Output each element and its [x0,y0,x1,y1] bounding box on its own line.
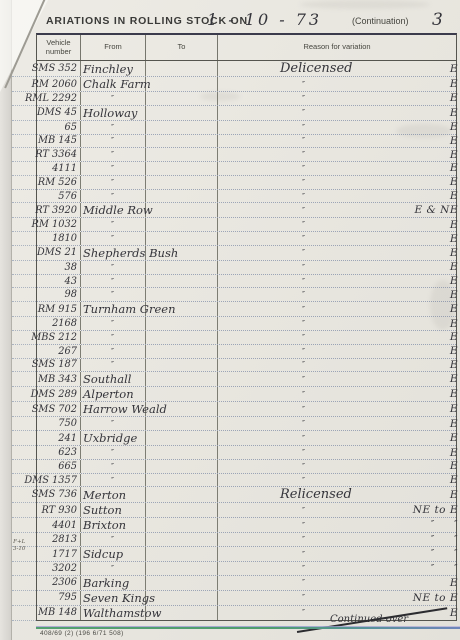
reason-text: ″ [302,263,305,272]
reason-text: ″ [302,94,305,103]
table-body: SMS 352 Finchley Delicensed E RM 2060 Ch… [37,61,456,620]
reason-cell: ″ E [218,261,456,274]
table-row: 38 ″ ″ E [37,261,456,275]
reason-text: ″ [302,506,305,515]
vehicle-number-cell: DMS 1357 [37,474,81,487]
table-row: RML 2292 ″ ″ E [37,92,456,106]
from-cell: Harrow Weald [81,402,146,416]
status-mark: E [450,261,458,274]
to-cell [146,487,218,502]
status-mark: E [450,345,458,358]
from-cell: Sidcup [81,547,146,561]
status-mark: E [450,359,458,372]
table-row: 1717 Sidcup ″ ″ ″ [37,547,456,562]
column-header-from: From [81,35,146,60]
from-cell: ″ [81,317,146,330]
from-cell: ″ [81,176,146,189]
status-mark: E [450,431,458,445]
reason-text: ″ [302,448,305,457]
reason-text: ″ [302,192,305,201]
reason-cell: ″ NE to E [218,591,456,605]
form-reference: 408/69 (2) (196 6/71 508) [40,630,124,637]
table-row: 1810 ″ ″ E [37,232,456,246]
vehicle-number-cell: 4401 [37,518,81,532]
vehicle-number-cell: 4111 [37,162,81,175]
reason-text: ″ [302,234,305,243]
vehicle-number-cell: 3202 [37,562,81,575]
table-row: DMS 1357 ″ ″ E [37,474,456,488]
vehicle-number-cell: DMS 289 [37,387,81,401]
from-cell: ″ [81,261,146,274]
reason-cell: ″ E [218,190,456,203]
vehicle-number-cell: RT 930 [37,503,81,517]
table-row: 750 ″ ″ E [37,417,456,431]
to-cell [146,148,218,161]
reason-text: ″ [302,136,305,145]
reason-text: ″ [302,578,305,587]
vehicle-number-cell: DMS 45 [37,106,81,120]
vehicle-number-cell: 1810 [37,232,81,245]
reason-cell: ″ E [218,460,456,473]
table-row: 98 ″ ″ E [37,288,456,302]
reason-cell: ″ E [218,121,456,134]
from-cell: Barking [81,576,146,590]
reason-text: ″ [302,375,305,384]
reason-text: ″ [302,550,305,559]
reason-cell: ″ E [218,77,456,91]
reason-cell: ″ E [218,431,456,445]
to-cell [146,261,218,274]
reason-text: ″ [302,390,305,399]
table-header-row: Vehicle number From To Reason for variat… [37,35,456,61]
reason-text: ″ [302,434,305,443]
reason-text: ″ [302,608,305,617]
vehicle-number-cell: RM 915 [37,302,81,316]
reason-text: ″ [302,178,305,187]
reason-cell: ″ E [218,474,456,487]
to-cell [146,121,218,134]
table-row: 65 ″ ″ E [37,121,456,135]
from-cell: Walthamstow [81,606,146,620]
vehicle-number-cell: 795 [37,591,81,605]
table-row: RM 526 ″ ″ E [37,176,456,190]
to-cell [146,359,218,372]
table-row: MBS 212 ″ ″ E [37,331,456,345]
reason-cell: ″ E [218,372,456,386]
vehicle-number-cell: RML 2292 [37,92,81,105]
reason-cell: ″ E [218,135,456,148]
status-mark: E [450,121,458,134]
column-header-to: To [146,35,218,60]
vehicle-number-cell: SMS 702 [37,402,81,416]
reason-text: ″ [302,419,305,428]
table-row: RM 2060 Chalk Farm ″ E [37,77,456,92]
reason-text: ″ [302,277,305,286]
status-mark: E [450,246,458,260]
status-mark: E [450,92,458,105]
table-row: DMS 289 Alperton ″ E [37,387,456,402]
to-cell [146,218,218,231]
to-cell [146,518,218,532]
to-cell [146,190,218,203]
reason-text: ″ [302,476,305,485]
vehicle-number-cell: SMS 352 [37,61,81,76]
status-mark: E [450,372,458,386]
table-row: RM 1032 ″ ″ E [37,218,456,232]
status-mark: E [450,61,458,76]
vehicle-number-cell: MB 145 [37,135,81,148]
reason-cell: ″ E [218,148,456,161]
table-row: 43 ″ ″ E [37,275,456,289]
from-cell: Shepherds Bush [81,246,146,260]
table-row: DMS 45 Holloway ″ E [37,106,456,121]
continuation-label: (Continuation) [352,16,409,26]
table-row: RT 3920 Middle Row ″ E & NE [37,203,456,218]
to-cell [146,176,218,189]
to-cell [146,446,218,459]
vehicle-number-cell: 98 [37,288,81,301]
column-header-vehicle-number: Vehicle number [37,35,81,60]
vehicle-number-cell: 665 [37,460,81,473]
status-mark: E [450,417,458,430]
table-row: MB 343 Southall ″ E [37,372,456,387]
from-cell: Uxbridge [81,431,146,445]
reason-text: ″ [302,319,305,328]
reason-text: ″ [302,164,305,173]
table-row: 665 ″ ″ E [37,460,456,474]
reason-text: ″ [302,123,305,132]
vehicle-number-cell: 65 [37,121,81,134]
from-cell: ″ [81,359,146,372]
table-row: 4401 Brixton ″ ″ ″ [37,518,456,533]
vehicle-number-cell: MB 343 [37,372,81,386]
to-cell [146,106,218,120]
vehicle-number-cell: 43 [37,275,81,288]
status-mark: E [450,106,458,120]
table-row: 2306 Barking ″ E [37,576,456,591]
vehicle-number-cell: MBS 212 [37,331,81,344]
table-row: 2168 ″ ″ E [37,317,456,331]
reason-text: ″ [302,564,305,573]
from-cell: ″ [81,162,146,175]
from-cell: ″ [81,474,146,487]
vehicle-number-cell: DMS 21 [37,246,81,260]
vehicle-number-cell: MB 148 [37,606,81,620]
table-row: SMS 187 ″ ″ E [37,359,456,373]
reason-cell: ″ E [218,302,456,316]
reason-cell: ″ E [218,176,456,189]
reason-cell: ″ E [218,446,456,459]
table-row: 2813 ″ ″ ″ ″ [37,533,456,547]
to-cell [146,232,218,245]
from-cell: ″ [81,533,146,546]
vehicle-number-cell: 623 [37,446,81,459]
to-cell [146,317,218,330]
reason-text: ″ [302,405,305,414]
table-row: 267 ″ ″ E [37,345,456,359]
vehicle-number-cell: 1717 [37,547,81,561]
reason-cell: ″ E [218,359,456,372]
vehicle-number-cell: RM 526 [37,176,81,189]
table-row: SMS 736 Merton Relicensed E [37,487,456,503]
reason-cell: ″ E [218,402,456,416]
vehicle-number-cell: RM 2060 [37,77,81,91]
document-header: ARIATIONS IN ROLLING STOCK ON 1 - 10 - 7… [0,8,460,34]
status-mark: E [450,387,458,401]
to-cell [146,503,218,517]
status-mark: E [450,474,458,487]
reason-cell: ″ E [218,331,456,344]
reason-cell: ″ E [218,162,456,175]
from-cell: Turnham Green [81,302,146,316]
status-mark: E [450,148,458,161]
to-cell [146,417,218,430]
reason-cell: ″ E [218,576,456,590]
reason-cell: ″ ″ ″ [218,533,456,546]
status-mark: ″ ″ [431,547,458,561]
from-cell: Finchley [81,61,146,76]
from-cell: Middle Row [81,203,146,217]
table-row: SMS 352 Finchley Delicensed E [37,61,456,77]
table-row: SMS 702 Harrow Weald ″ E [37,402,456,417]
bottom-scan-line-green [36,627,460,629]
status-mark: E [450,576,458,590]
from-cell: Merton [81,487,146,502]
to-cell [146,460,218,473]
status-mark: E [450,487,458,502]
status-mark: E [450,176,458,189]
reason-text: ″ [302,360,305,369]
from-cell: ″ [81,460,146,473]
from-cell: ″ [81,135,146,148]
reason-cell: ″ E [218,218,456,231]
status-mark: ″ ″ [431,533,458,546]
reason-text: Delicensed [280,61,352,76]
status-mark: E [450,275,458,288]
table-row: RT 930 Sutton ″ NE to E [37,503,456,518]
from-cell: Seven Kings [81,591,146,605]
to-cell [146,61,218,76]
table-row: RT 3364 ″ ″ E [37,148,456,162]
reason-cell: ″ NE to E [218,503,456,517]
vehicle-number-cell: 576 [37,190,81,203]
scanned-document: ARIATIONS IN ROLLING STOCK ON 1 - 10 - 7… [0,0,460,640]
from-cell: Brixton [81,518,146,532]
reason-text: ″ [302,462,305,471]
column-header-reason: Reason for variation [218,35,456,60]
from-cell: ″ [81,121,146,134]
to-cell [146,387,218,401]
reason-cell: ″ E [218,232,456,245]
status-mark: NE to E [413,591,458,605]
to-cell [146,533,218,546]
table-row: 623 ″ ″ E [37,446,456,460]
status-mark: E [450,162,458,175]
status-mark: E [450,288,458,301]
from-cell: ″ [81,218,146,231]
table-row: 576 ″ ″ E [37,190,456,204]
reason-text: ″ [302,150,305,159]
page-number: 3 [432,10,443,30]
from-cell: Chalk Farm [81,77,146,91]
vehicle-number-cell: SMS 736 [37,487,81,502]
to-cell [146,576,218,590]
reason-text: ″ [302,305,305,314]
to-cell [146,591,218,605]
to-cell [146,92,218,105]
from-cell: ″ [81,92,146,105]
to-cell [146,474,218,487]
reason-text: ″ [302,290,305,299]
status-mark: E [450,135,458,148]
reason-cell: ″ E & NE [218,203,456,217]
to-cell [146,135,218,148]
from-cell: ″ [81,190,146,203]
from-cell: ″ [81,288,146,301]
status-mark: E [450,317,458,330]
table-row: MB 145 ″ ″ E [37,135,456,149]
status-mark: NE to E [413,503,458,517]
reason-text: ″ [302,535,305,544]
to-cell [146,77,218,91]
vehicle-number-cell: RT 3920 [37,203,81,217]
to-cell [146,345,218,358]
vehicle-number-cell: 2813 [37,533,81,546]
from-cell: Sutton [81,503,146,517]
reason-text: ″ [302,521,305,530]
status-mark: ″ ″ [431,562,458,575]
to-cell [146,562,218,575]
reason-cell: ″ E [218,387,456,401]
from-cell: ″ [81,275,146,288]
reason-text: ″ [302,206,305,215]
table-row: 795 Seven Kings ″ NE to E [37,591,456,606]
vehicle-number-cell: 38 [37,261,81,274]
status-mark: E & NE [414,203,458,217]
variation-date: 1 - 10 - 73 [207,10,322,29]
vehicle-number-cell: 750 [37,417,81,430]
reason-cell: ″ E [218,417,456,430]
reason-text: Relicensed [280,487,352,502]
status-mark: E [450,218,458,231]
paper-edge-line [11,0,12,640]
reason-cell: ″ E [218,345,456,358]
from-cell: Southall [81,372,146,386]
to-cell [146,288,218,301]
vehicle-number-cell: 2306 [37,576,81,590]
to-cell [146,431,218,445]
to-cell [146,203,218,217]
vehicle-number-cell: 267 [37,345,81,358]
reason-text: ″ [302,333,305,342]
vehicle-number-cell: SMS 187 [37,359,81,372]
to-cell [146,547,218,561]
reason-text: ″ [302,220,305,229]
to-cell [146,275,218,288]
status-mark: E [450,77,458,91]
status-mark: E [450,446,458,459]
status-mark: E [450,331,458,344]
reason-cell: ″ E [218,275,456,288]
from-cell: ″ [81,345,146,358]
reason-text: ″ [302,347,305,356]
from-cell: Holloway [81,106,146,120]
rolling-stock-table: Vehicle number From To Reason for variat… [36,33,457,621]
vehicle-number-cell: 241 [37,431,81,445]
status-mark: E [450,402,458,416]
vehicle-number-cell: RM 1032 [37,218,81,231]
vehicle-number-cell: 2168 [37,317,81,330]
status-mark: E [450,232,458,245]
from-cell: ″ [81,232,146,245]
from-cell: ″ [81,331,146,344]
reason-cell: ″ E [218,106,456,120]
reason-text: ″ [302,108,305,117]
table-row: 4111 ″ ″ E [37,162,456,176]
table-row: DMS 21 Shepherds Bush ″ E [37,246,456,261]
reason-cell: ″ ″ ″ [218,518,456,532]
reason-cell: ″ ″ ″ [218,547,456,561]
reason-cell: ″ E [218,288,456,301]
table-row: 3202 ″ ″ ″ ″ [37,562,456,576]
table-row: 241 Uxbridge ″ E [37,431,456,446]
to-cell [146,162,218,175]
table-row: RM 915 Turnham Green ″ E [37,302,456,317]
reason-text: ″ [302,248,305,257]
reason-text: ″ [302,80,305,89]
reason-cell: ″ E [218,246,456,260]
from-cell: ″ [81,446,146,459]
status-mark: ″ ″ [431,518,458,532]
margin-note: F+L3-10 [13,539,25,553]
to-cell [146,372,218,386]
status-mark: E [450,460,458,473]
status-mark: E [450,190,458,203]
reason-cell: ″ E [218,92,456,105]
reason-cell: ″ E [218,317,456,330]
vehicle-number-cell: RT 3364 [37,148,81,161]
reason-cell: Delicensed E [218,61,456,76]
from-cell: ″ [81,148,146,161]
to-cell [146,331,218,344]
from-cell: ″ [81,417,146,430]
status-mark: E [450,606,458,620]
from-cell: ″ [81,562,146,575]
reason-text: ″ [302,593,305,602]
from-cell: Alperton [81,387,146,401]
status-mark: E [450,302,458,316]
reason-cell: Relicensed E [218,487,456,502]
reason-cell: ″ ″ ″ [218,562,456,575]
